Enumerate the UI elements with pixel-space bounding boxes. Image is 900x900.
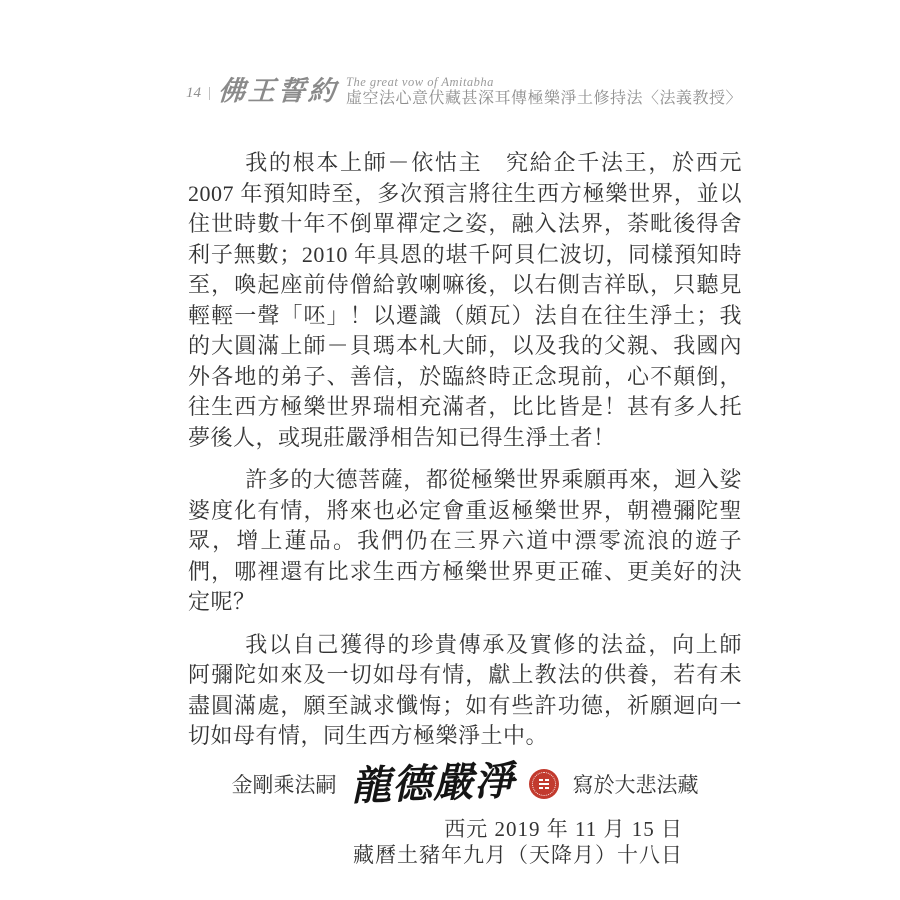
page-content: 我的根本上師－依怙主 究給企千法王，於西元 2007 年預知時至，多次預言將往生… [188, 148, 742, 868]
header-divider: | [201, 85, 218, 107]
header-title-block: The great vow of Amitabha 虛空法心意伏藏甚深耳傳極樂淨… [346, 76, 742, 107]
date-block: 西元 2019 年 11 月 15 日 藏曆土豬年九月（天降月）十八日 [188, 816, 742, 868]
signature-suffix: 寫於大悲法藏 [573, 769, 699, 799]
paragraph-2: 許多的大德菩薩，都從極樂世界乘願再來，迴入娑婆度化有情，將來也必定會重返極樂世界… [188, 465, 742, 618]
paragraph-1: 我的根本上師－依怙主 究給企千法王，於西元 2007 年預知時至，多次預言將往生… [188, 148, 742, 453]
signature-row: 金剛乘法嗣 龍德嚴淨 寫於大悲法藏 [188, 764, 742, 804]
date-tibetan: 藏曆土豬年九月（天降月）十八日 [188, 842, 683, 868]
book-title-calligraphy: 佛王誓約 [217, 78, 347, 107]
page-header: 14 | 佛王誓約 The great vow of Amitabha 虛空法心… [186, 76, 742, 107]
signature-prefix: 金剛乘法嗣 [232, 769, 337, 799]
date-western: 西元 2019 年 11 月 15 日 [188, 816, 683, 842]
book-subtitle: 虛空法心意伏藏甚深耳傳極樂淨土修持法〈法義教授〉 [346, 90, 742, 108]
book-title-english: The great vow of Amitabha [346, 76, 742, 90]
page-number: 14 [186, 85, 201, 107]
red-seal-icon [529, 769, 559, 799]
book-page: 14 | 佛王誓約 The great vow of Amitabha 虛空法心… [0, 0, 900, 900]
paragraph-3: 我以自己獲得的珍貴傳承及實修的法益，向上師 阿彌陀如來及一切如母有情，獻上教法的… [188, 630, 742, 752]
signature-name-calligraphy: 龍德嚴淨 [350, 761, 515, 807]
